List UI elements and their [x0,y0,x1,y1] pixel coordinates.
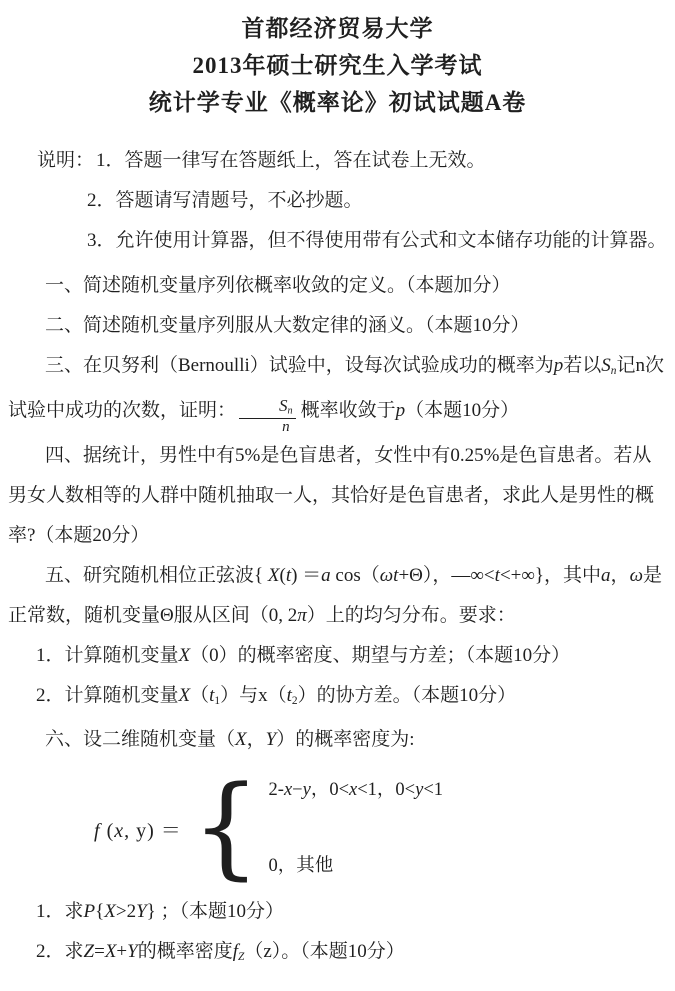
instruction-item-3: 3．允许使用计算器，但不得使用带有公式和文本储存功能的计算器。 [87,230,667,251]
question-2: 二、简述随机变量序列服从大数定律的涵义。（本题10分） [6,306,669,346]
question-1: 一、简述随机变量序列依概率收敛的定义。（本题加分） [6,266,669,306]
instruction-item-1: 1．答题一律写在答题纸上，答在试卷上无效。 [96,150,486,171]
formula-cases: 2-x−y，0<x<1，0<y<1 0，其他 [269,779,443,877]
paper-title: 统计学专业《概率论》初试试题A卷 [6,84,669,121]
instruction-item-2: 2．答题请写清题号，不必抄题。 [87,190,363,211]
instructions-section: 说明：1．答题一律写在答题纸上，答在试卷上无效。 2．答题请写清题号，不必抄题。… [6,141,669,261]
formula-case-2: 0，其他 [269,855,443,877]
instruction-row-2: 2．答题请写清题号，不必抄题。 [37,181,669,221]
formula-lhs: f (x, y) ＝ [94,814,182,843]
question-3-text-b: 概率收敛于p（本题10分） [301,400,520,421]
question-6: 六、设二维随机变量（X，Y）的概率密度为: [6,720,669,760]
exam-session-title: 2013年硕士研究生入学考试 [6,47,669,84]
exam-paper-page: 首都经济贸易大学 2013年硕士研究生入学考试 统计学专业《概率论》初试试题A卷… [0,0,675,991]
instruction-row-1: 说明：1．答题一律写在答题纸上，答在试卷上无效。 [37,141,669,181]
questions-section: 一、简述随机变量序列依概率收敛的定义。（本题加分） 二、简述随机变量序列服从大数… [6,266,669,977]
fraction-numerator: Sn [239,397,296,419]
instruction-row-3: 3．允许使用计算器，但不得使用带有公式和文本储存功能的计算器。 [37,221,669,261]
instructions-label: 说明： [37,150,94,171]
question-6-part-2: 2．求Z=X+Y的概率密度fZ（z）。（本题10分） [6,932,669,977]
formula-case-1: 2-x−y，0<x<1，0<y<1 [269,779,443,801]
fraction-denominator: n [239,419,296,436]
question-5-part-2: 2．计算随机变量X（t1）与x（t2）的协方差。（本题10分） [6,676,669,721]
question-5-part-1: 1．计算随机变量X（0）的概率密度、期望与方差；（本题10分） [6,636,669,676]
question-6-part-1: 1．求P{X>2Y} ；（本题10分） [6,892,669,932]
left-brace: { [192,773,261,883]
q6-density-formula: f (x, y) ＝ { 2-x−y，0<x<1，0<y<1 0，其他 [94,774,669,882]
question-5: 五、研究随机相位正弦波{ X(t) ＝a cos（ωt+Θ），—∞<t<+∞}，… [6,556,669,636]
question-4: 四、据统计，男性中有5%是色盲患者，女性中有0.25%是色盲患者。若从男女人数相… [6,436,669,556]
sn-over-n-fraction: Snn [239,397,296,436]
exam-header: 首都经济贸易大学 2013年硕士研究生入学考试 统计学专业《概率论》初试试题A卷 [6,10,669,121]
university-name: 首都经济贸易大学 [6,10,669,47]
question-3: 三、在贝努利（Bernoulli）试验中，设每次试验成功的概率为p若以Sn记n次… [6,346,669,436]
